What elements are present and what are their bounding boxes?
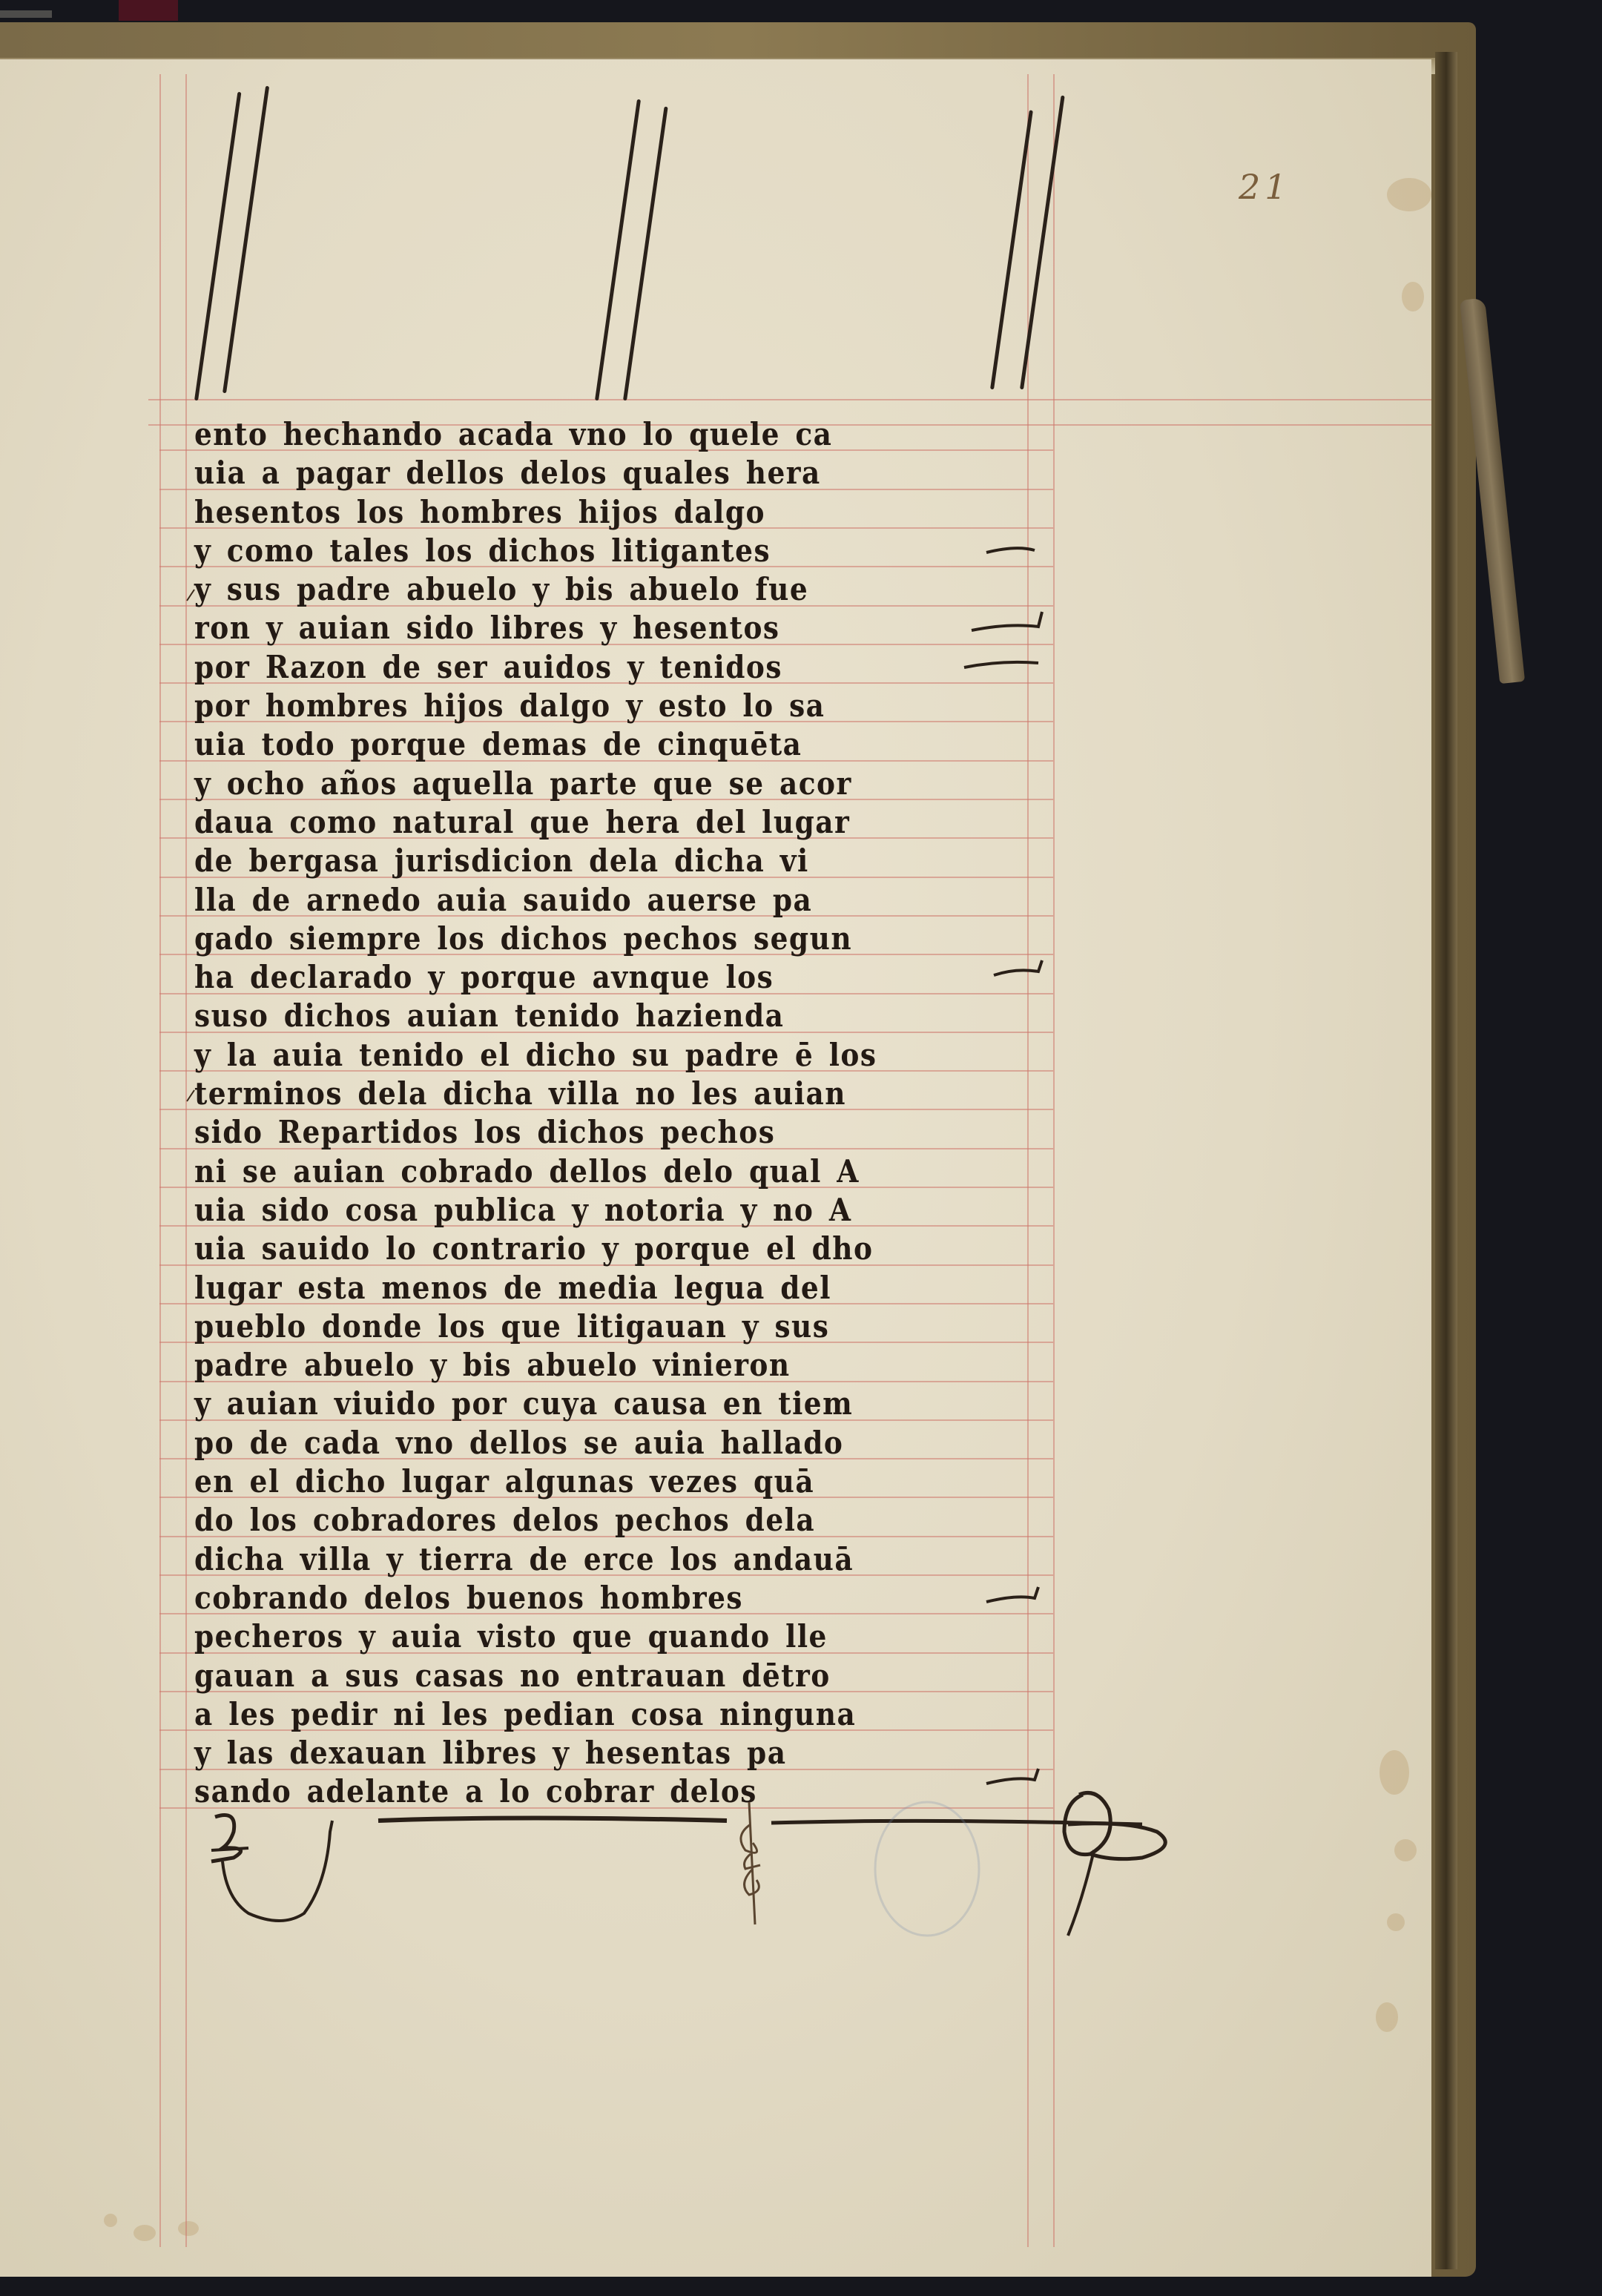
- notarial-rubric-svg: [0, 0, 1602, 2296]
- line-filler: [964, 662, 1038, 667]
- line-filler: [972, 612, 1042, 630]
- rubric-right-icon: [1064, 1793, 1165, 1936]
- line-filler: [986, 548, 1035, 552]
- rubric-center-icon: [741, 1802, 760, 1924]
- closing-rule-left: [378, 1818, 727, 1821]
- margin-tick: [187, 1090, 194, 1101]
- line-filler: [986, 1587, 1038, 1602]
- line-filler: [994, 960, 1042, 975]
- rubric-left-icon: [211, 1815, 332, 1921]
- margin-tick: [187, 590, 194, 601]
- line-filler: [986, 1769, 1038, 1784]
